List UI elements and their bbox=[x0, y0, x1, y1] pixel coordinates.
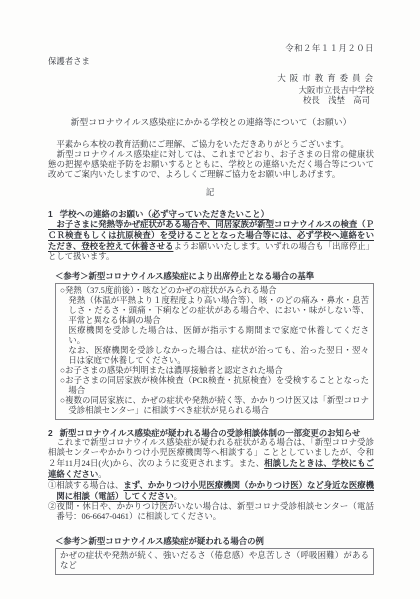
record-marker: 記 bbox=[48, 188, 374, 198]
section2-body-tail: 。 bbox=[98, 470, 106, 479]
issuer-school-name: 大阪市立長吉中学校 bbox=[48, 86, 374, 96]
section1-body: お子さまに発熱等かぜ症状がある場合や、同居家族が新型コロナウイルスの検査（ＰＣＲ… bbox=[48, 219, 374, 262]
issuer-board-of-education: 大 阪 市 教 育 委 員 会 bbox=[48, 74, 374, 84]
document-page: 令和２年１１月２０日 保護者さま 大 阪 市 教 育 委 員 会 大阪市立長吉中… bbox=[0, 0, 420, 599]
section1-number: 1 bbox=[48, 209, 53, 219]
criteria-line: ○お子さまの感染が判明または濃厚接触者と認定された場合 bbox=[60, 366, 369, 376]
reference2-heading: ＜参考＞新型コロナウイルス感染症が疑われる場合の例 bbox=[55, 536, 374, 546]
section2-heading-text: 新型コロナウイルス感染症が疑われる場合の受診相談体制の一部変更のお知らせ bbox=[60, 428, 361, 438]
section1-heading: 1 学校への連絡のお願い（必ず守っていただきたいこと） bbox=[48, 209, 374, 219]
criteria-line: ○お子さまの同居家族が検体検査（PCR検査・抗原検査）を受検することとなった場合 bbox=[60, 376, 369, 396]
criteria-line: 発熱（体温が平熱より１度程度より高い場合等）、咳・のどの痛み・鼻水・息苦しさ・だ… bbox=[60, 296, 369, 326]
section1-heading-text: 学校への連絡のお願い（必ず守っていただきたいこと） bbox=[60, 209, 269, 219]
section2-item1: ①相談する場合は、まず、かかりつけ小児医療機関（かかりつけ医）など身近な医療機関… bbox=[48, 480, 374, 502]
intro-paragraph-1: 平素から本校の教育活動にご理解、ご協力をいただきありがとうございます。 bbox=[48, 140, 374, 150]
section2-body: これまで新型コロナウイルス感染症が疑われる症状がある場合は、「新型コロナ受診相談… bbox=[48, 438, 374, 480]
example-line: かぜの症状や発熱が続く、強いだるさ（倦怠感）や息苦しさ（呼吸困難）がある など bbox=[60, 551, 369, 571]
criteria-line: ○発熱（37.5度前後）・咳などのかぜの症状がみられる場合 bbox=[60, 286, 369, 296]
section2-number: 2 bbox=[48, 428, 53, 438]
attendance-suspension-criteria-box: ○発熱（37.5度前後）・咳などのかぜの症状がみられる場合 発熱（体温が平熱より… bbox=[55, 283, 374, 420]
section1-heading-underlined: （必ず守っていただきたいこと） bbox=[143, 209, 269, 219]
criteria-line: 医療機関を受診した場合は、医師が指示する期間まで家庭で休養してください。 bbox=[60, 326, 369, 346]
section2-heading: 2 新型コロナウイルス感染症が疑われる場合の受診相談体制の一部変更のお知らせ bbox=[48, 428, 374, 438]
intro-paragraph-2: 新型コロナウイルス感染症に対しては、これまでどおり、お子さまの日常の健康状態の把… bbox=[48, 150, 374, 180]
section2-item1-tail: 。 bbox=[174, 492, 182, 501]
recipient: 保護者さま bbox=[48, 57, 374, 67]
criteria-line: なお、医療機関を受診しなかった場合は、症状が治っても、治った翌日・翌々日は家庭で… bbox=[60, 346, 369, 366]
section2-item1-lead: ①相談する場合は、 bbox=[48, 481, 123, 490]
document-title: 新型コロナウイルス感染症にかかる学校との連絡等について（お願い） bbox=[48, 117, 374, 127]
section2-item2: ②夜間・休日や、かかりつけ医がいない場合は、新型コロナ受診相談センター（電話番号… bbox=[48, 502, 374, 522]
letter-date: 令和２年１１月２０日 bbox=[48, 44, 374, 54]
suspected-case-examples-box: かぜの症状や発熱が続く、強いだるさ（倦怠感）や息苦しさ（呼吸困難）がある など bbox=[55, 548, 374, 575]
criteria-line: ○複数の同居家族に、かぜの症状や発熱が続く等、かかりつけ医又は「新型コロナ受診相… bbox=[60, 396, 369, 416]
reference1-heading: ＜参考＞新型コロナウイルス感染症により出席停止となる場合の基準 bbox=[55, 271, 374, 281]
issuer-principal-name: 校長 浅埜 高司 bbox=[48, 96, 374, 106]
